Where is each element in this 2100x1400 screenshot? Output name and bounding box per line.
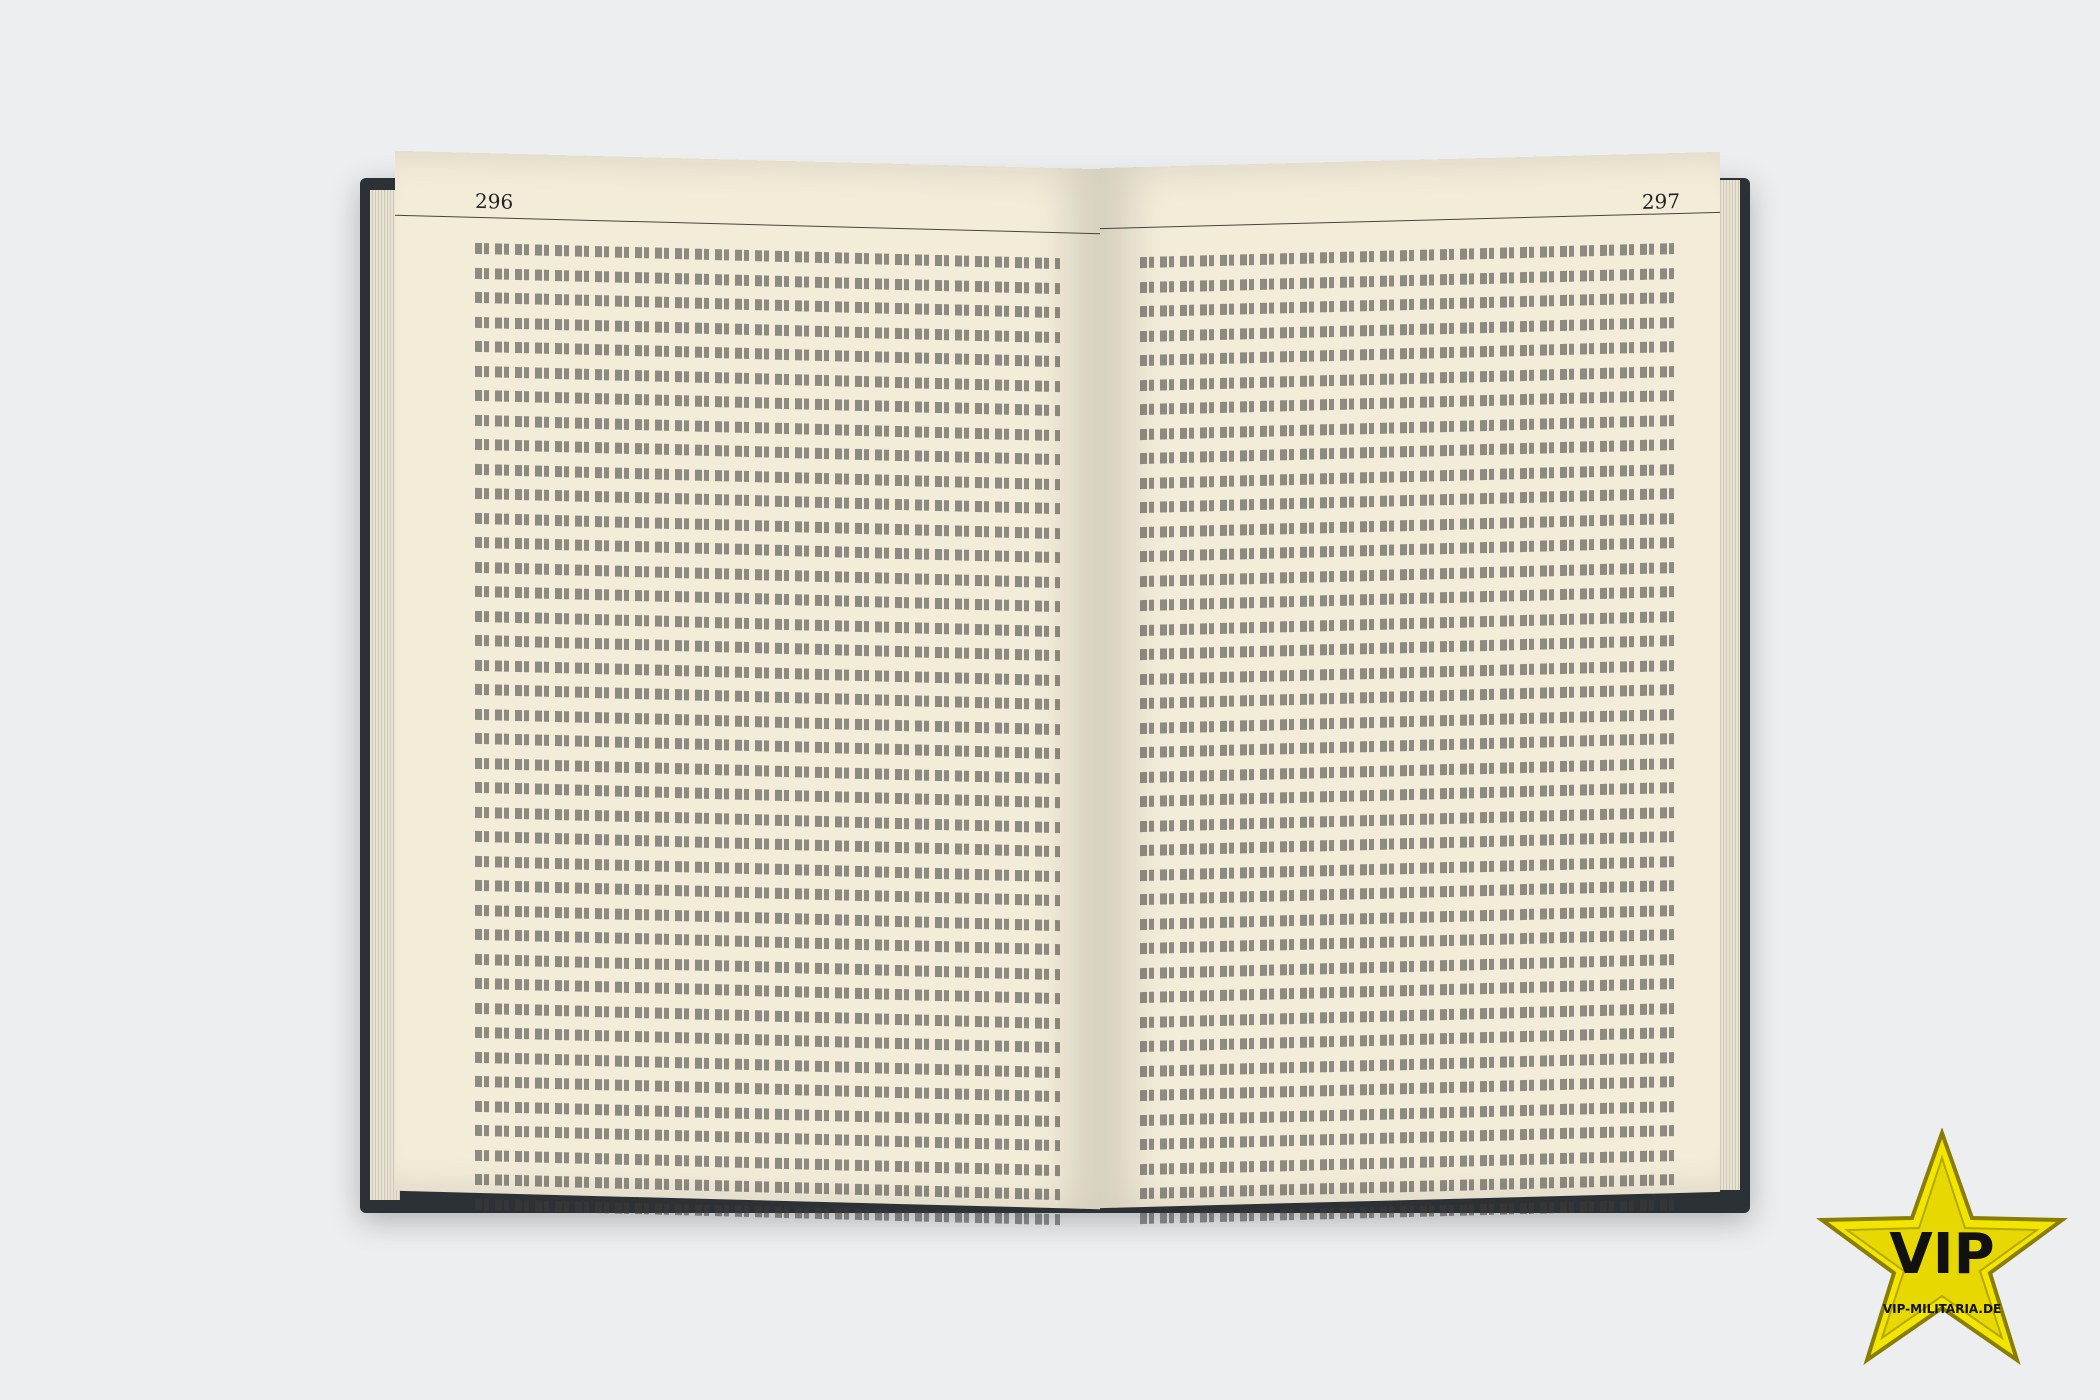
text-line-placeholder <box>1140 904 1680 929</box>
text-line-placeholder <box>1140 316 1680 341</box>
text-line-placeholder <box>1140 1027 1680 1052</box>
text-line-placeholder <box>1140 684 1680 709</box>
text-line-placeholder <box>475 341 1060 367</box>
text-line-placeholder <box>1140 708 1680 733</box>
text-line-placeholder <box>475 708 1060 734</box>
svg-text:VIP: VIP <box>1889 1222 1994 1287</box>
text-line-placeholder <box>1140 1076 1680 1101</box>
right-page-number: 297 <box>1642 189 1680 214</box>
text-line-placeholder <box>475 1125 1060 1151</box>
text-line-placeholder <box>1140 757 1680 782</box>
text-line-placeholder <box>1140 1051 1680 1076</box>
left-page: 296 <box>395 151 1100 1209</box>
right-page: 297 <box>1100 152 1720 1208</box>
left-page-header: 296 <box>395 187 1100 234</box>
text-line-placeholder <box>1140 292 1680 317</box>
text-line-placeholder <box>1140 488 1680 513</box>
text-line-placeholder <box>475 439 1060 465</box>
text-line-placeholder <box>1140 880 1680 905</box>
text-line-placeholder <box>475 316 1060 342</box>
text-line-placeholder <box>475 831 1060 857</box>
text-line-placeholder <box>1140 1125 1680 1150</box>
text-line-placeholder <box>1140 659 1680 684</box>
left-page-text-lines <box>475 243 1060 1168</box>
left-page-number: 296 <box>475 189 513 214</box>
text-line-placeholder <box>1140 953 1680 978</box>
text-line-placeholder <box>475 635 1060 661</box>
svg-text:VIP-MILITARIA.DE: VIP-MILITARIA.DE <box>1883 1302 2001 1316</box>
text-line-placeholder <box>1140 1149 1680 1174</box>
text-line-placeholder <box>1140 782 1680 807</box>
text-line-placeholder <box>1140 831 1680 856</box>
text-line-placeholder <box>475 512 1060 538</box>
text-line-placeholder <box>1140 537 1680 562</box>
vip-star-watermark-icon: VIP VIP-MILITARIA.DE <box>1812 1128 2072 1368</box>
text-line-placeholder <box>475 488 1060 514</box>
text-line-placeholder <box>1140 635 1680 660</box>
text-line-placeholder <box>475 978 1060 1004</box>
text-line-placeholder <box>1140 414 1680 439</box>
text-line-placeholder <box>475 684 1060 710</box>
text-line-placeholder <box>475 1076 1060 1102</box>
text-line-placeholder <box>1140 341 1680 366</box>
text-line-placeholder <box>475 1100 1060 1126</box>
text-line-placeholder <box>475 1027 1060 1053</box>
text-line-placeholder <box>1140 855 1680 880</box>
text-line-placeholder <box>475 855 1060 881</box>
text-line-placeholder <box>475 1149 1060 1175</box>
text-line-placeholder <box>475 929 1060 955</box>
text-line-placeholder <box>475 414 1060 440</box>
text-line-placeholder <box>475 733 1060 759</box>
text-line-placeholder <box>1140 929 1680 954</box>
text-line-placeholder <box>1140 463 1680 488</box>
text-line-placeholder <box>475 659 1060 685</box>
text-line-placeholder <box>475 806 1060 832</box>
text-line-placeholder <box>1140 586 1680 611</box>
text-line-placeholder <box>1140 610 1680 635</box>
text-line-placeholder <box>475 561 1060 587</box>
text-line-placeholder <box>475 880 1060 906</box>
text-line-placeholder <box>1140 390 1680 415</box>
text-line-placeholder <box>475 757 1060 783</box>
text-line-placeholder <box>475 1002 1060 1028</box>
text-line-placeholder <box>1140 978 1680 1003</box>
text-line-placeholder <box>1140 439 1680 464</box>
right-page-text-lines <box>1140 243 1680 1167</box>
text-line-placeholder <box>475 365 1060 391</box>
text-line-placeholder <box>1140 267 1680 292</box>
text-line-placeholder <box>475 586 1060 612</box>
text-line-placeholder <box>475 610 1060 636</box>
text-line-placeholder <box>1140 1100 1680 1125</box>
text-line-placeholder <box>475 390 1060 416</box>
text-line-placeholder <box>475 267 1060 293</box>
text-line-placeholder <box>475 292 1060 318</box>
text-line-placeholder <box>1140 1002 1680 1027</box>
text-line-placeholder <box>475 243 1060 269</box>
text-line-placeholder <box>475 953 1060 979</box>
text-line-placeholder <box>1140 512 1680 537</box>
text-line-placeholder <box>1140 806 1680 831</box>
text-line-placeholder <box>475 1051 1060 1077</box>
text-line-placeholder <box>475 904 1060 930</box>
right-page-header: 297 <box>1100 188 1720 229</box>
text-line-placeholder <box>1140 733 1680 758</box>
text-line-placeholder <box>1140 243 1680 268</box>
text-line-placeholder <box>1140 365 1680 390</box>
text-line-placeholder <box>475 782 1060 808</box>
text-line-placeholder <box>475 463 1060 489</box>
text-line-placeholder <box>475 537 1060 563</box>
text-line-placeholder <box>1140 561 1680 586</box>
